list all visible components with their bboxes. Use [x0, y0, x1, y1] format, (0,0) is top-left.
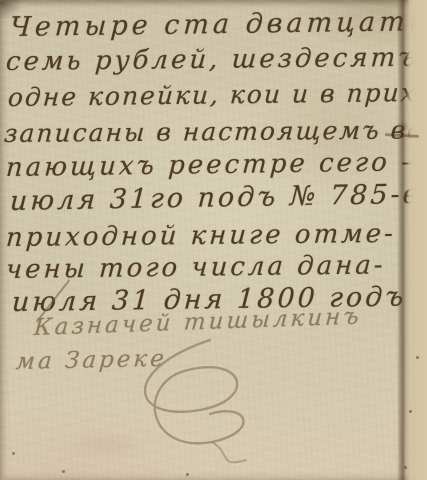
- paper-speck: [409, 410, 412, 413]
- paper-speck: [416, 356, 419, 359]
- manuscript-line: семь рублей, шездесятъ: [5, 43, 419, 77]
- manuscript-page: Четыре ста дватцать семь рублей, шездеся…: [0, 0, 427, 480]
- paper-speck: [12, 452, 15, 455]
- page-binding-edge: [397, 0, 427, 480]
- manuscript-line: июля 31го подъ № 785-въ: [9, 178, 427, 217]
- manuscript-line: Четыре ста дватцать: [9, 6, 427, 43]
- paper-stain: [60, 430, 150, 460]
- manuscript-line: чены того числа дана-: [5, 250, 386, 285]
- paper-speck: [404, 466, 407, 469]
- manuscript-line: записаны в настоящемъ ветцу: [3, 115, 427, 148]
- manuscript-line: пающихъ реестре сего —: [5, 147, 427, 183]
- paper-speck: [186, 473, 189, 476]
- signature-line: ма Зареке: [15, 346, 168, 375]
- paper-speck: [62, 470, 65, 473]
- signature-flourish-icon: [60, 318, 320, 478]
- manuscript-line: одне копейки, кои и в прихо-: [7, 78, 427, 112]
- manuscript-line: приходной книге отме-: [5, 219, 397, 253]
